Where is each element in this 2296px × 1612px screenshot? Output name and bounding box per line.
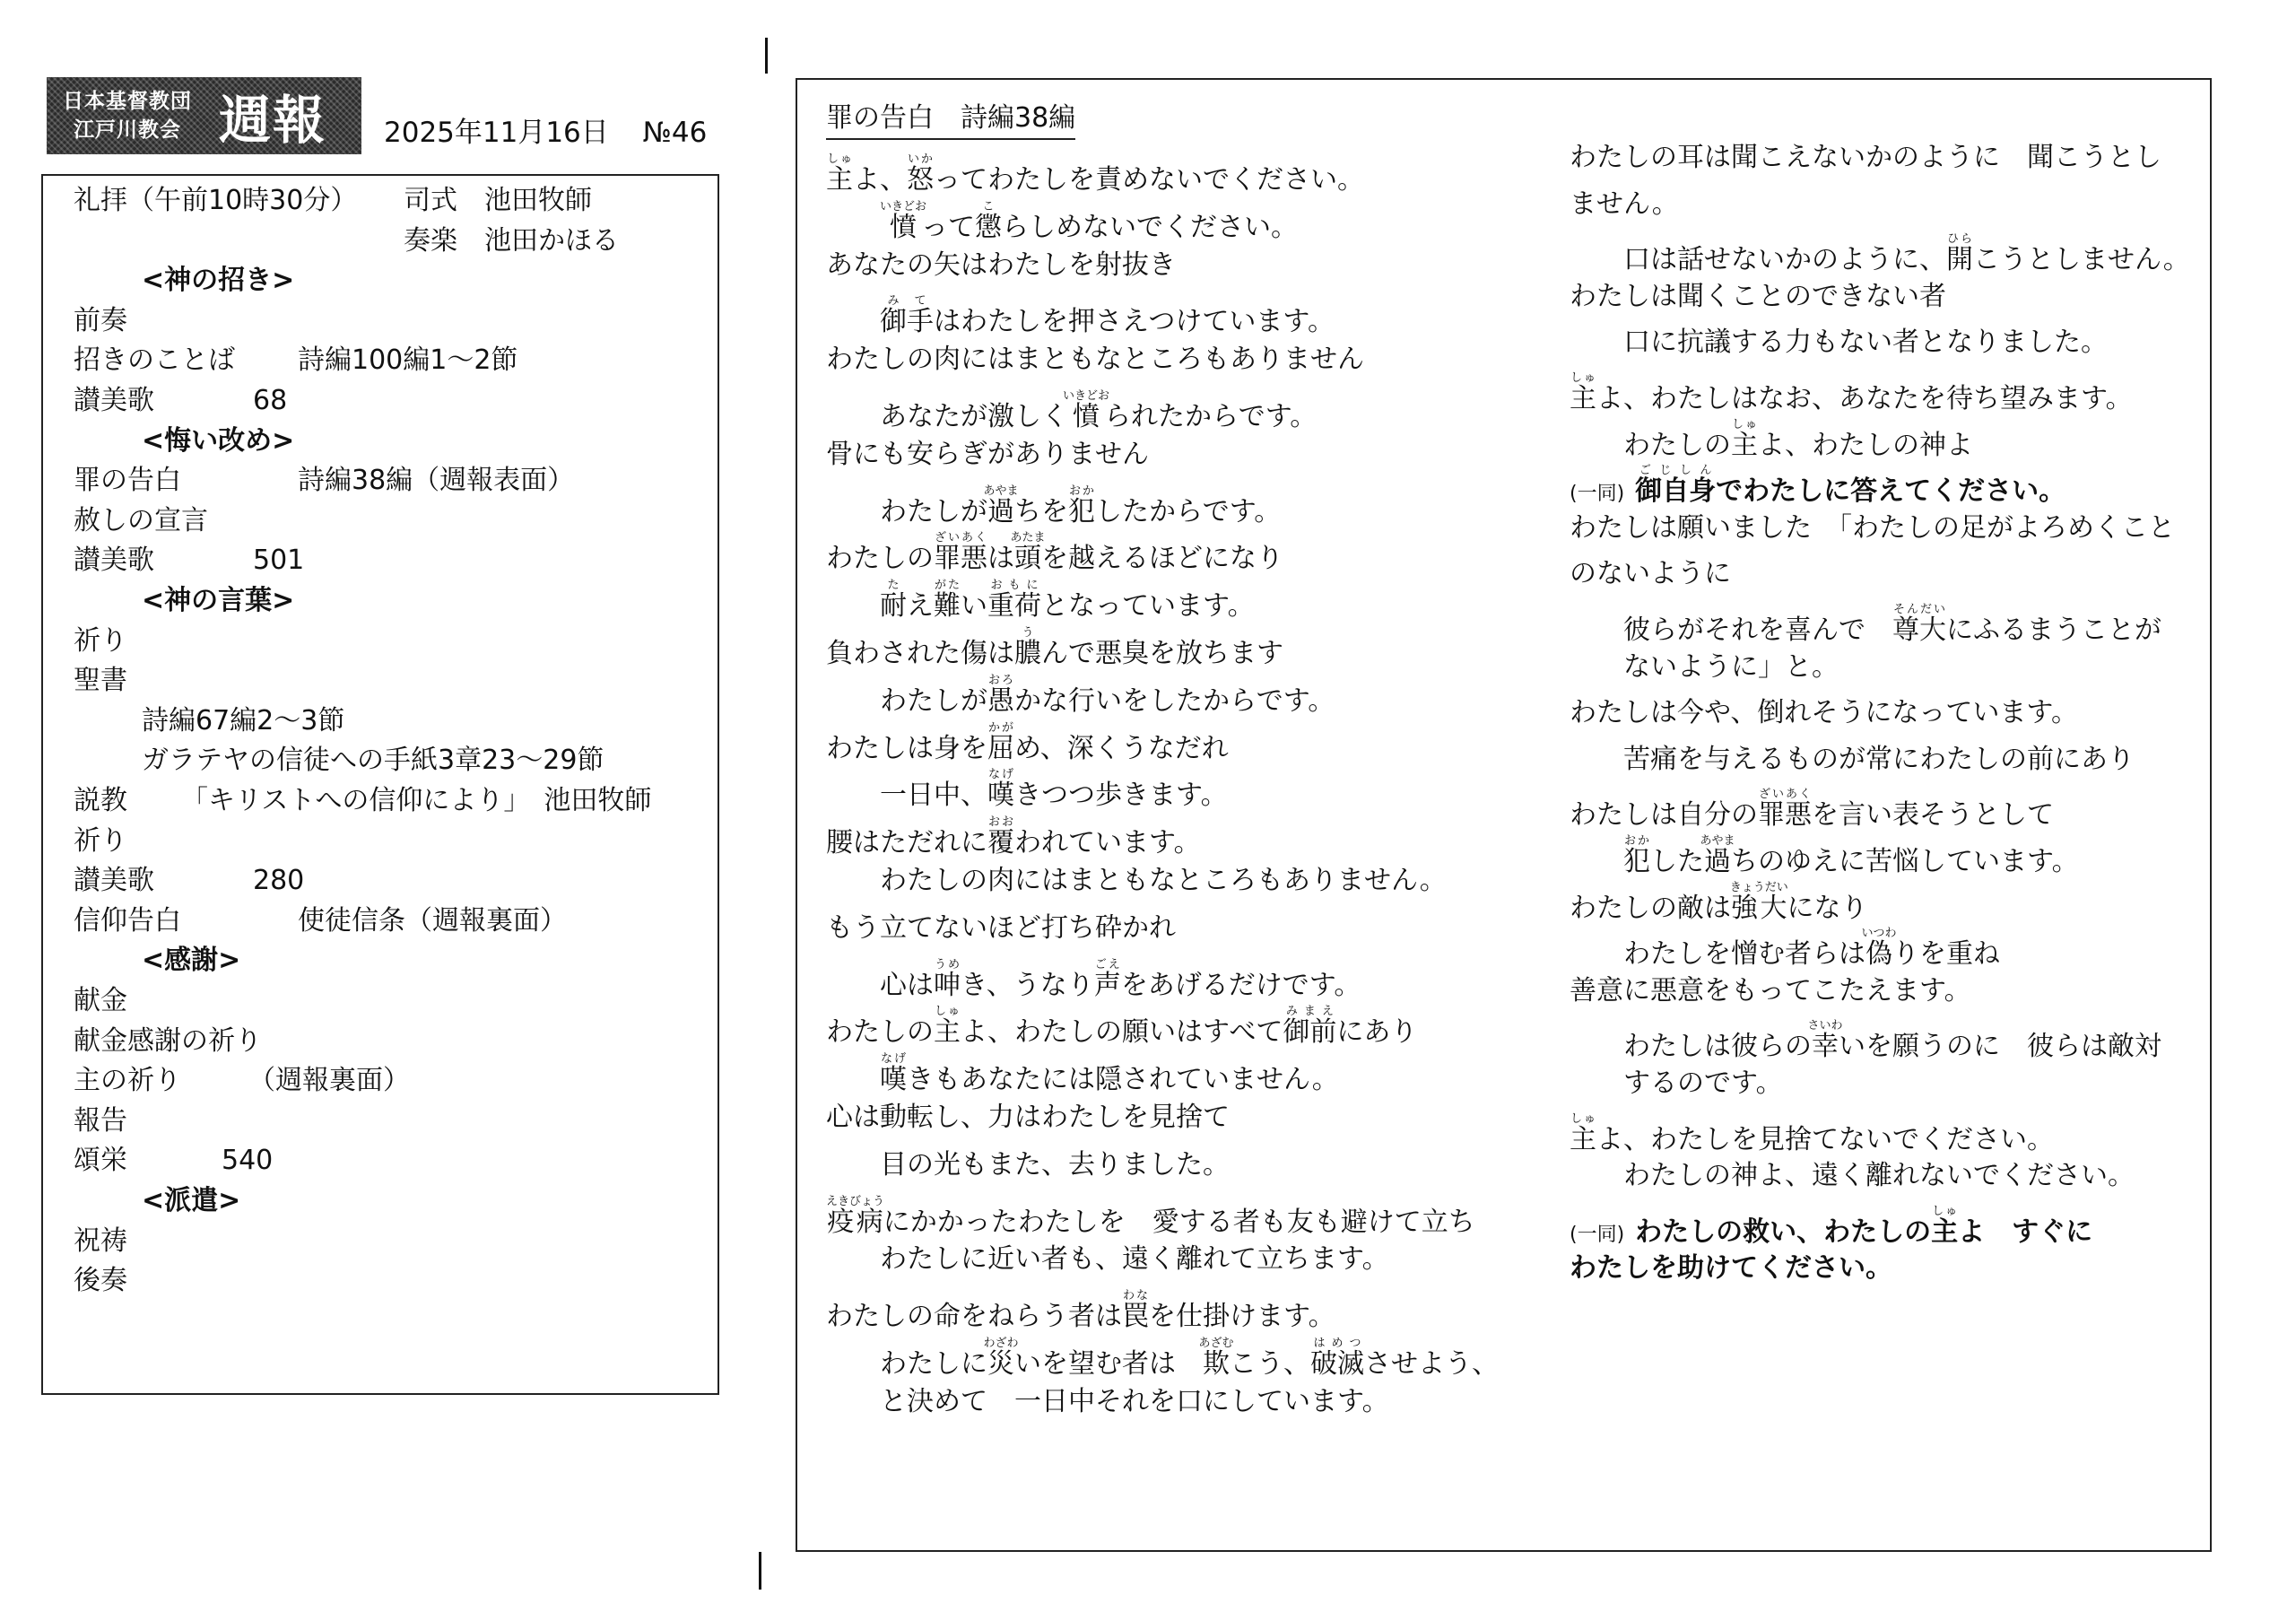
verse-line: わたしの肉にはまともなところもありません: [826, 342, 1364, 378]
order-item: 讃美歌280: [74, 863, 154, 899]
verse-line: 犯おかした過あやまちのゆえに苦悩しています。: [1623, 834, 2079, 880]
verse-line: わたしの敵は強大きょうだいになり: [1570, 881, 1868, 927]
verse-text: 御手みてはわたしを押さえつけています。: [880, 306, 1335, 337]
verse-line: 口は話せないかのように、開ひらこうとしません。: [1623, 232, 2190, 278]
verse-line: わたしの命をねらう者は罠わなを仕掛けます。: [826, 1289, 1335, 1335]
order-item-label: 祝祷: [74, 1225, 127, 1257]
verse-line: 腰はただれに覆おおわれています。: [826, 815, 1201, 861]
order-item-label: 罪の告白: [74, 465, 181, 496]
verse-text: 善意に悪意をもってこたえます。: [1570, 975, 1971, 1006]
verse-text: わたしの肉にはまともなところもありません。: [880, 865, 1447, 896]
verse-line: わたしは聞くことのできない者: [1570, 279, 1946, 315]
order-item: 祈り: [74, 623, 127, 659]
verse-line: ないように」と。: [1623, 649, 1839, 685]
order-item-label: 招きのことば: [74, 344, 235, 376]
verse-line: (一同)御自身ごじしんでわたしに答えてください。: [1570, 464, 2066, 512]
order-item-value: 詩編38編（週報表面）: [298, 463, 574, 499]
verse-line: わたしの耳は聞こえないかのように 聞こうとし: [1570, 140, 2161, 176]
verse-line: あなたの矢はわたしを射抜き: [826, 248, 1176, 283]
order-item-value: 奏楽 池田かほる: [404, 223, 619, 259]
order-item: 信仰告白使徒信条（週報裏面）: [74, 903, 181, 939]
verse-line: わたしは彼らの幸さいわいを願うのに 彼らは敵対: [1623, 1019, 2161, 1065]
verse-text: 口に抗議する力もない者となりました。: [1623, 327, 2108, 358]
verse-line: 彼らがそれを喜んで 尊大そんだいにふるまうことが: [1623, 603, 2161, 649]
order-item: 詩編67編2～3節: [142, 703, 344, 739]
order-item-label: 後奏: [74, 1265, 127, 1296]
verse-text: わたしは彼らの幸さいわいを願うのに 彼らは敵対: [1623, 1031, 2161, 1062]
verse-text: 心は動転し、力はわたしを見捨て: [826, 1102, 1230, 1133]
order-item-value: 68: [253, 383, 287, 419]
verse-text: 疫病えきびょうにかかったわたしを 愛する者も友も避けて立ち: [826, 1207, 1475, 1238]
verse-text: 負わされた傷は膿うんで悪臭を放ちます: [826, 638, 1283, 669]
verse-line: のないように: [1570, 556, 1731, 592]
congregation-name: 江戸川教会: [74, 116, 181, 144]
verse-text: わたしの主しゅよ、わたしの願いはすべて御前みまえにあり: [826, 1016, 1417, 1048]
order-item-value: 使徒信条（週報裏面）: [298, 903, 567, 939]
verse-line: わたしの主しゅよ、わたしの神よ: [1623, 418, 1973, 464]
church-name: 日本基督教団 江戸川教会: [47, 87, 208, 144]
order-section-heading: <派遣>: [142, 1183, 240, 1219]
order-item-label: 主の祈り: [74, 1065, 181, 1096]
order-item-value: 詩編100編1～2節: [298, 343, 517, 379]
verse-text: 主しゅよ、わたしを見捨てないでください。: [1570, 1124, 2054, 1155]
verse-line: 主しゅよ、怒いかってわたしを責めないでください。: [826, 152, 1364, 198]
verse-line: (一同)わたしの救い、わたしの主しゅよ すぐに: [1570, 1205, 2092, 1253]
verse-text: 御自身ごじしんでわたしに答えてください。: [1635, 475, 2066, 507]
issue-line: 2025年11月16日 №46: [384, 115, 712, 151]
verse-text: 口は話せないかのように、開ひらこうとしません。: [1623, 244, 2190, 275]
order-item-label: <派遣>: [142, 1185, 240, 1216]
bulletin-title: 週報: [219, 78, 326, 153]
order-item-value: 501: [253, 543, 304, 579]
verse-line: わたしに災わざわいを望む者は 欺あざむこう、破滅はめつさせよう、: [880, 1337, 1499, 1382]
verse-text: わたしが愚おろかな行いをしたからです。: [880, 685, 1335, 717]
order-item: 説教「キリストへの信仰により」 池田牧師: [74, 783, 127, 819]
verse-line: 善意に悪意をもってこたえます。: [1570, 973, 1971, 1009]
order-item: 祝祷: [74, 1224, 127, 1259]
verse-line: と決めて 一日中それを口にしています。: [880, 1384, 1389, 1420]
verse-line: ません。: [1570, 187, 1679, 222]
verse-line: 疫病えきびょうにかかったわたしを 愛する者も友も避けて立ち: [826, 1195, 1475, 1241]
confession-title: 罪の告白 詩編38編: [826, 100, 1075, 140]
order-item: 祈り: [74, 823, 127, 859]
verse-line: もう立てないほど打ち砕かれ: [826, 911, 1176, 946]
verse-text: ません。: [1570, 188, 1679, 220]
order-item-value: （週報裏面）: [248, 1063, 410, 1099]
verse-text: わたしが過あやまちを犯おかしたからです。: [880, 496, 1281, 527]
order-item-label: 説教: [74, 785, 127, 816]
verse-text: あなたの矢はわたしを射抜き: [826, 249, 1176, 281]
verse-line: わたしの罪悪ざいあくは頭あたまを越えるほどになり: [826, 531, 1283, 577]
verse-text: わたしは聞くことのできない者: [1570, 281, 1946, 312]
order-item-value: 「キリストへの信仰により」 池田牧師: [181, 783, 651, 819]
order-item: 礼拝（午前10時30分）司式 池田牧師: [74, 183, 357, 219]
verse-text: わたしの敵は強大きょうだいになり: [1570, 893, 1868, 924]
verse-line: わたしの肉にはまともなところもありません。: [880, 863, 1447, 899]
order-item: 前奏: [74, 303, 127, 339]
verse-line: 一日中、嘆なげきつつ歩きます。: [880, 768, 1228, 814]
order-item: 後奏: [74, 1263, 127, 1299]
order-item-label: 赦しの宣言: [74, 505, 208, 536]
masthead: 日本基督教団 江戸川教会 週報: [47, 77, 361, 154]
verse-line: 骨にも安らぎがありません: [826, 437, 1149, 473]
order-item-label: 祈り: [74, 825, 127, 857]
verse-line: 憤いきどおって懲こらしめないでください。: [880, 200, 1298, 246]
verse-text: 骨にも安らぎがありません: [826, 439, 1149, 470]
order-section-heading: <神の言葉>: [142, 583, 294, 619]
verse-text: 腰はただれに覆おおわれています。: [826, 827, 1201, 858]
verse-line: 耐たえ難がたい重荷おもにとなっています。: [880, 579, 1255, 624]
order-item-label: 信仰告白: [74, 905, 181, 937]
order-item-label: 讃美歌: [74, 865, 154, 896]
verse-text: わたしの命をねらう者は罠わなを仕掛けます。: [826, 1301, 1335, 1332]
verse-text: わたしを助けてください。: [1570, 1252, 1892, 1284]
order-item-label: 報告: [74, 1105, 127, 1137]
fold-mark-bottom: [759, 1552, 761, 1590]
verse-line: 心は動転し、力はわたしを見捨て: [826, 1100, 1230, 1136]
verse-text: 犯おかした過あやまちのゆえに苦悩しています。: [1623, 846, 2079, 877]
verse-line: わたしが愚おろかな行いをしたからです。: [880, 674, 1335, 719]
order-item: 主の祈り（週報裏面）: [74, 1063, 181, 1099]
verse-line: わたしの主しゅよ、わたしの願いはすべて御前みまえにあり: [826, 1005, 1417, 1050]
verse-line: 苦痛を与えるものが常にわたしの前にあり: [1623, 742, 2135, 778]
verse-line: 嘆なげきもあなたには隠されていません。: [880, 1052, 1339, 1098]
order-item: ガラテヤの信徒への手紙3章23～29節: [142, 743, 604, 779]
order-item-label: 献金感謝の祈り: [74, 1025, 262, 1057]
verse-line: 心は呻うめき、うなり声ごえをあげるだけです。: [880, 958, 1361, 1004]
verse-text: 主しゅよ、わたしはなお、あなたを待ち望みます。: [1570, 383, 2133, 414]
verse-line: 口に抗議する力もない者となりました。: [1623, 325, 2108, 361]
order-item: 献金感謝の祈り: [74, 1024, 262, 1059]
verse-text: わたしの耳は聞こえないかのように 聞こうとし: [1570, 142, 2161, 173]
verse-text: わたしは自分の罪悪ざいあくを言い表そうとして: [1570, 799, 2054, 831]
order-item: 讃美歌68: [74, 383, 154, 419]
verse-text: 憤いきどおって懲こらしめないでください。: [880, 212, 1298, 243]
order-item-value: 司式 池田牧師: [404, 183, 592, 219]
verse-line: わたしを憎む者らは偽いつわりを重ね: [1623, 927, 2000, 972]
verse-text: あなたが激しく憤いきどおられたからです。: [880, 401, 1317, 432]
verse-text: わたしは願いました 「わたしの足がよろめくこと: [1570, 512, 2175, 544]
verse-text: わたしは今や、倒れそうになっています。: [1570, 697, 2078, 728]
verse-line: あなたが激しく憤いきどおられたからです。: [880, 389, 1317, 435]
verse-text: わたしに災わざわいを望む者は 欺あざむこう、破滅はめつさせよう、: [880, 1348, 1499, 1380]
verse-line: 負わされた傷は膿うんで悪臭を放ちます: [826, 626, 1283, 672]
verse-line: わたしに近い者も、遠く離れて立ちます。: [880, 1242, 1389, 1277]
verse-line: するのです。: [1623, 1066, 1783, 1102]
verse-text: 目の光もまた、去りました。: [880, 1149, 1230, 1181]
verse-text: わたしの肉にはまともなところもありません: [826, 344, 1364, 375]
verse-text: のないように: [1570, 558, 1731, 589]
verse-line: 御手みてはわたしを押さえつけています。: [880, 294, 1335, 340]
order-of-worship: 礼拝（午前10時30分）司式 池田牧師奏楽 池田かほる<神の招き>前奏招きのこと…: [41, 174, 719, 1395]
verse-text: わたしの救い、わたしの主しゅよ すぐに: [1635, 1216, 2092, 1248]
order-item-label: <神の招き>: [142, 265, 294, 296]
verse-text: するのです。: [1623, 1067, 1783, 1099]
verse-text: わたしの罪悪ざいあくは頭あたまを越えるほどになり: [826, 543, 1283, 574]
issue-date: 2025年11月16日: [384, 117, 609, 149]
verse-text: 彼らがそれを喜んで 尊大そんだいにふるまうことが: [1623, 614, 2161, 646]
verse-text: 嘆なげきもあなたには隠されていません。: [880, 1064, 1339, 1095]
verse-text: ないように」と。: [1623, 651, 1839, 683]
verse-text: わたしを憎む者らは偽いつわりを重ね: [1623, 938, 2000, 970]
order-item-value: 詩編67編2～3節: [142, 705, 344, 736]
congregation-label: (一同): [1570, 483, 1624, 505]
order-item: 罪の告白詩編38編（週報表面）: [74, 463, 181, 499]
order-item-value: 280: [253, 863, 304, 899]
verse-line: 目の光もまた、去りました。: [880, 1147, 1230, 1183]
order-item: 赦しの宣言: [74, 503, 208, 539]
order-item-value: 540: [222, 1143, 273, 1179]
order-section-heading: <神の招き>: [142, 263, 294, 299]
order-item-label: 讃美歌: [74, 545, 154, 576]
order-item-label: 献金: [74, 985, 127, 1016]
order-item-label: 讃美歌: [74, 385, 154, 416]
verse-line: わたしは身を屈かがめ、深くうなだれ: [826, 721, 1229, 767]
verse-line: わたしの神よ、遠く離れないでください。: [1623, 1158, 2135, 1194]
order-item-label: 頌栄: [74, 1145, 127, 1176]
verse-line: わたしを助けてください。: [1570, 1250, 1892, 1286]
order-item-label: <悔い改め>: [142, 425, 294, 457]
order-item: 報告: [74, 1103, 127, 1139]
order-section-heading: <悔い改め>: [142, 423, 294, 459]
order-item-label: <神の言葉>: [142, 585, 294, 616]
verse-line: わたしは願いました 「わたしの足がよろめくこと: [1570, 510, 2175, 546]
verse-text: 苦痛を与えるものが常にわたしの前にあり: [1623, 744, 2135, 775]
issue-number: №46: [643, 117, 708, 149]
order-item: 献金: [74, 983, 127, 1019]
verse-text: 耐たえ難がたい重荷おもにとなっています。: [880, 590, 1255, 622]
verse-line: わたしは自分の罪悪ざいあくを言い表そうとして: [1570, 788, 2054, 833]
verse-text: 心は呻うめき、うなり声ごえをあげるだけです。: [880, 970, 1361, 1001]
order-item-value: ガラテヤの信徒への手紙3章23～29節: [142, 745, 604, 776]
verse-text: わたしの主しゅよ、わたしの神よ: [1623, 430, 1973, 461]
verse-text: わたしの神よ、遠く離れないでください。: [1623, 1160, 2135, 1191]
order-item: 讃美歌501: [74, 543, 154, 579]
order-item: 聖書: [74, 663, 127, 699]
order-item-label: 前奏: [74, 305, 127, 336]
denomination: 日本基督教団: [63, 87, 192, 116]
order-item: 招きのことば詩編100編1～2節: [74, 343, 235, 379]
order-item-label: 聖書: [74, 665, 127, 696]
order-section-heading: <感謝>: [142, 943, 240, 979]
verse-text: 主しゅよ、怒いかってわたしを責めないでください。: [826, 164, 1364, 196]
verse-text: わたしは身を屈かがめ、深くうなだれ: [826, 733, 1229, 764]
verse-text: と決めて 一日中それを口にしています。: [880, 1386, 1389, 1417]
order-item-label: <感謝>: [142, 945, 240, 976]
verse-line: 主しゅよ、わたしを見捨てないでください。: [1570, 1112, 2054, 1158]
verse-text: わたしに近い者も、遠く離れて立ちます。: [880, 1243, 1389, 1275]
congregation-label: (一同): [1570, 1224, 1624, 1246]
verse-text: 一日中、嘆なげきつつ歩きます。: [880, 780, 1228, 811]
fold-mark-top: [765, 38, 768, 74]
verse-line: わたしが過あやまちを犯おかしたからです。: [880, 484, 1281, 530]
verse-line: 主しゅよ、わたしはなお、あなたを待ち望みます。: [1570, 371, 2133, 417]
order-item-label: 礼拝（午前10時30分）: [74, 185, 357, 216]
verse-line: わたしは今や、倒れそうになっています。: [1570, 695, 2078, 731]
verse-text: もう立てないほど打ち砕かれ: [826, 912, 1176, 944]
order-item-label: 祈り: [74, 625, 127, 657]
order-item: 頌栄540: [74, 1143, 127, 1179]
